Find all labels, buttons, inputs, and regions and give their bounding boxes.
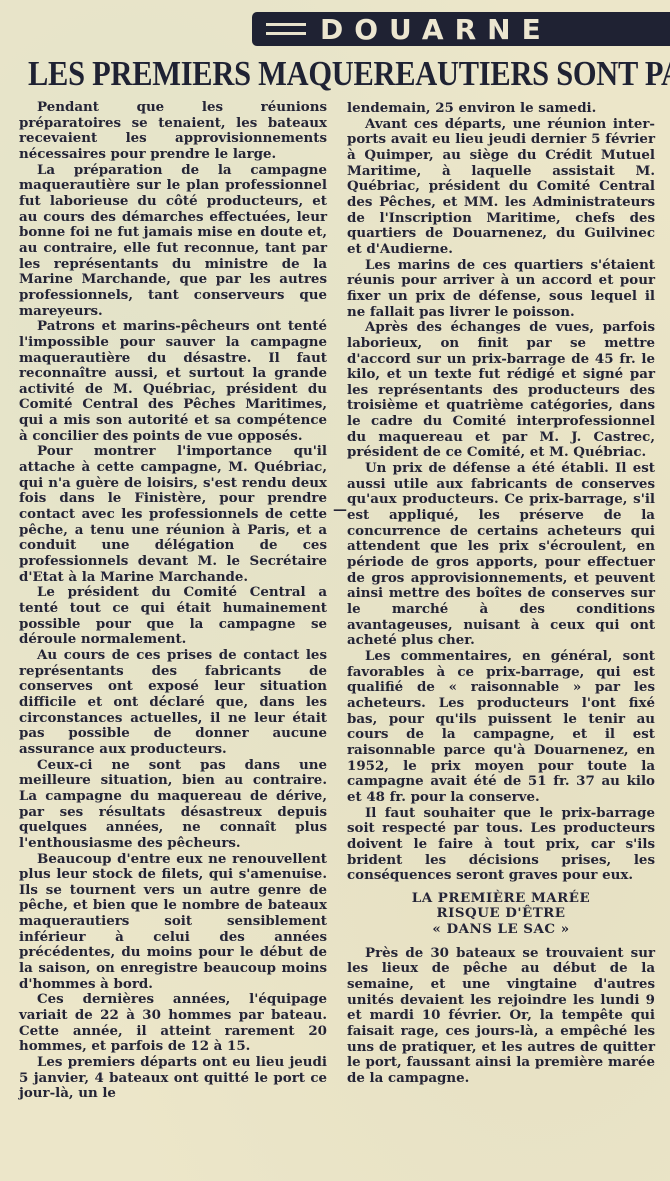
article-column-left: Pendant que les réunions préparatoires s… — [19, 100, 327, 1102]
section-banner-title: DOUARNE — [320, 13, 552, 46]
paragraph: La préparation de la campagne maquerauti… — [19, 163, 327, 320]
article-column-right: lendemain, 25 environ le samedi. Avant c… — [347, 101, 655, 1087]
subhead-line: RISQUE D'ÊTRE — [347, 906, 655, 922]
paragraph: Patrons et marins-pêcheurs ont tenté l'i… — [19, 319, 327, 444]
article-headline: LES PREMIERS MAQUEREAUTIERS SONT PARTIS — [28, 54, 585, 94]
margin-mark: — — [333, 502, 347, 518]
paragraph: Pendant que les réunions préparatoires s… — [19, 100, 327, 163]
paragraph: Beaucoup d'entre eux ne renouvellent plu… — [19, 852, 327, 993]
paragraph: Après des échanges de vues, parfois labo… — [347, 320, 655, 461]
double-bar-icon — [266, 23, 306, 35]
subhead-line: « DANS LE SAC » — [347, 922, 655, 938]
section-banner: DOUARNE — [252, 12, 670, 46]
subhead-line: LA PREMIÈRE MARÉE — [347, 891, 655, 907]
paragraph: Au cours de ces prises de contact les re… — [19, 648, 327, 758]
paragraph: Les marins de ces quartiers s'étaient ré… — [347, 258, 655, 321]
paragraph-continuation: lendemain, 25 environ le samedi. — [347, 101, 655, 117]
paragraph: Il faut souhaiter que le prix-barrage so… — [347, 806, 655, 884]
paragraph: Les premiers départs ont eu lieu jeudi 5… — [19, 1055, 327, 1102]
paragraph: Avant ces départs, une réunion inter-por… — [347, 117, 655, 258]
paragraph: Ceux-ci ne sont pas dans une meilleure s… — [19, 758, 327, 852]
paragraph: Le président du Comité Central a tenté t… — [19, 585, 327, 648]
paragraph: Les commentaires, en général, sont favor… — [347, 649, 655, 806]
section-subhead: LA PREMIÈRE MARÉE RISQUE D'ÊTRE « DANS L… — [347, 891, 655, 938]
paragraph: Un prix de défense a été établi. Il est … — [347, 461, 655, 649]
paragraph: Près de 30 bateaux se trouvaient sur les… — [347, 946, 655, 1087]
paragraph: Pour montrer l'importance qu'il attache … — [19, 444, 327, 585]
paragraph: Ces dernières années, l'équipage variait… — [19, 992, 327, 1055]
